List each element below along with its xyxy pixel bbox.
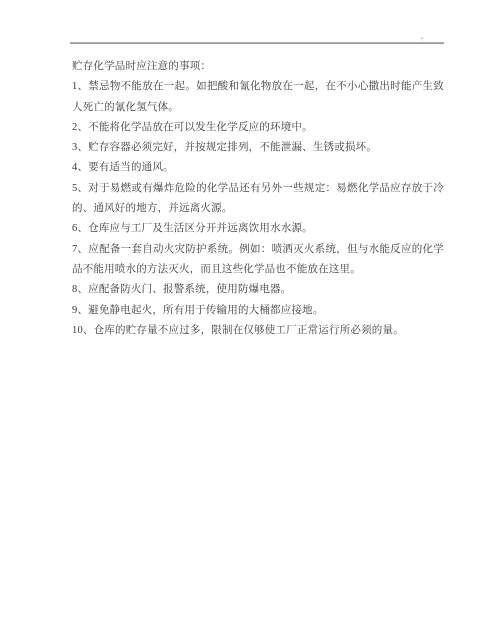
- list-item-8: 8、应配备防火门、报警系统，使用防爆电器。: [72, 280, 444, 300]
- faint-plus-mark: +: [416, 33, 428, 45]
- document-content: 贮存化学品时应注意的事项： 1、禁忌物不能放在一起。如把酸和氰化物放在一起，在不…: [72, 57, 444, 341]
- list-item-1: 1、禁忌物不能放在一起。如把酸和氰化物放在一起，在不小心撒出时能产生致人死亡的氰…: [72, 77, 444, 118]
- document-page: + 贮存化学品时应注意的事项： 1、禁忌物不能放在一起。如把酸和氰化物放在一起，…: [0, 0, 500, 637]
- list-item-9: 9、避免静电起火，所有用于传输用的大桶都应接地。: [72, 301, 444, 321]
- doc-title: 贮存化学品时应注意的事项：: [72, 57, 444, 77]
- list-item-5: 5、对于易燃或有爆炸危险的化学品还有另外一些规定：易燃化学品应存放于冷的、通风好…: [72, 179, 444, 220]
- horizontal-rule: [70, 42, 444, 44]
- list-item-2: 2、不能将化学品放在可以发生化学反应的环境中。: [72, 118, 444, 138]
- list-item-6: 6、仓库应与工厂及生活区分开并远离饮用水水源。: [72, 219, 444, 239]
- list-item-3: 3、贮存容器必须完好，并按规定排列，不能泄漏、生锈或损坏。: [72, 138, 444, 158]
- list-item-10: 10、仓库的贮存量不应过多，限制在仅够使工厂正常运行所必须的量。: [72, 321, 444, 341]
- list-item-7: 7、应配备一套自动火灾防护系统。例如：喷洒灭火系统，但与水能反应的化学品不能用喷…: [72, 240, 444, 281]
- list-item-4: 4、要有适当的通风。: [72, 158, 444, 178]
